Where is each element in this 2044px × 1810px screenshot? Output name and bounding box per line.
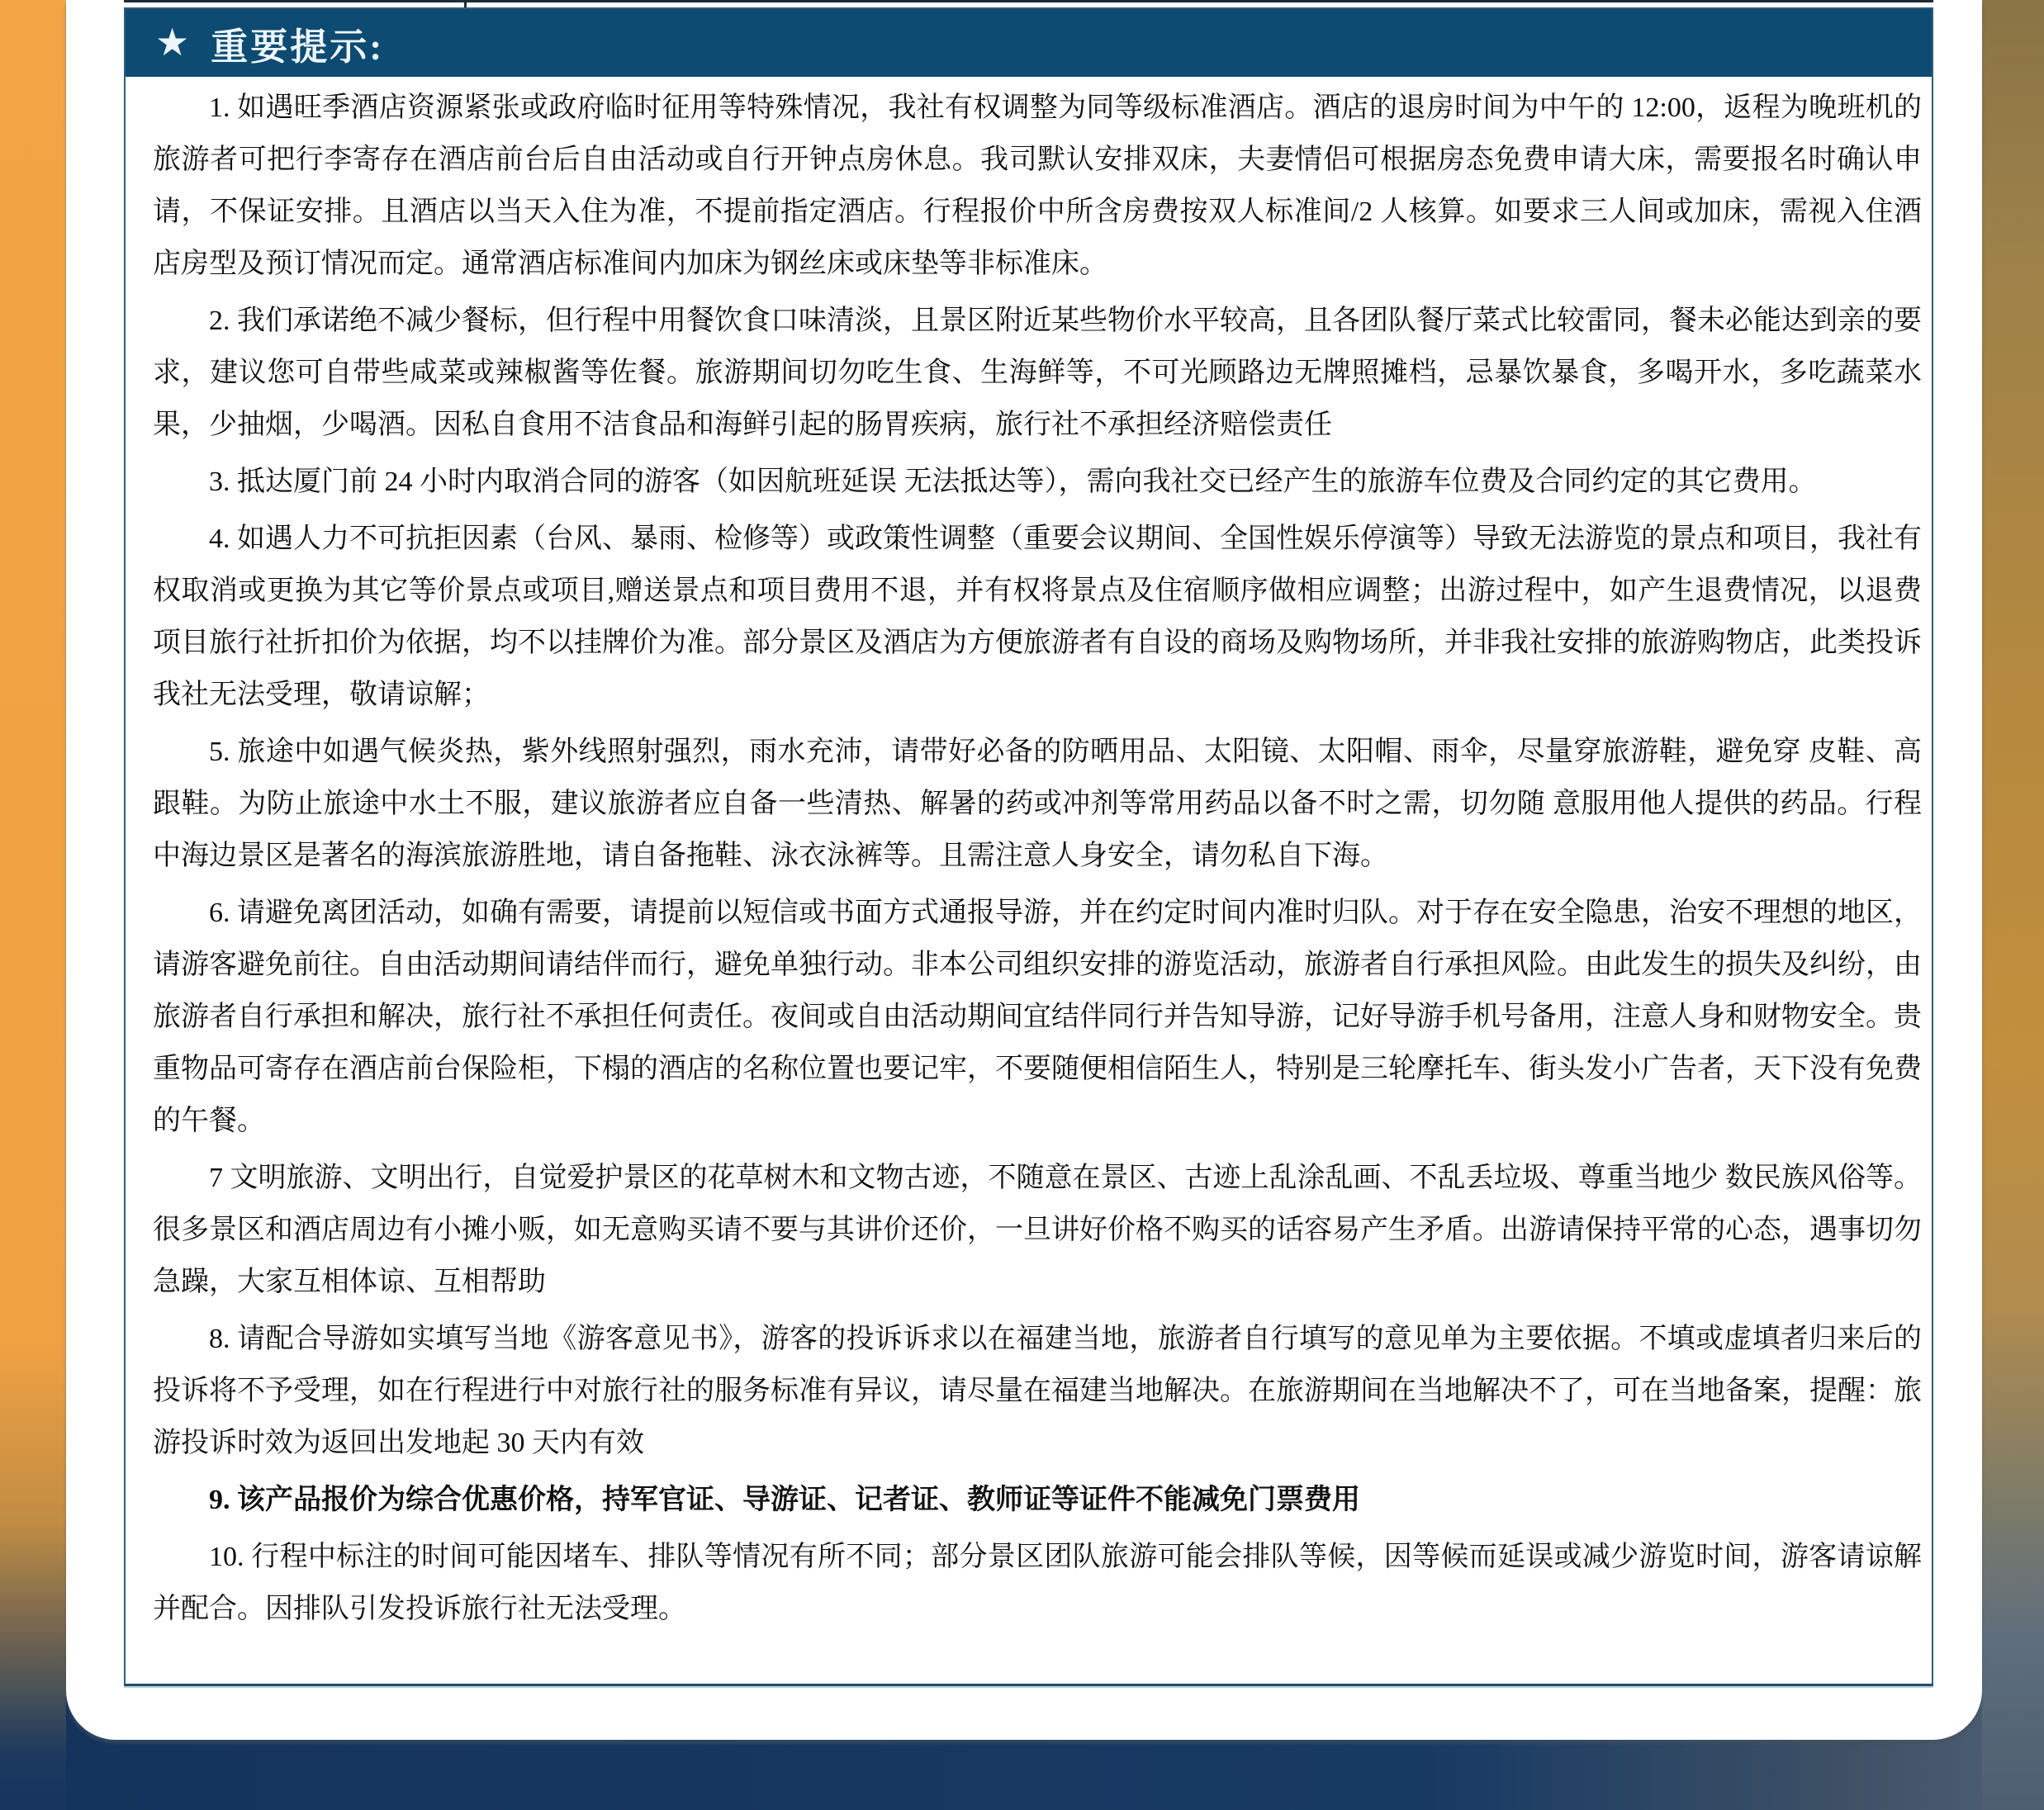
- notice-paragraph: 1. 如遇旺季酒店资源紧张或政府临时征用等特殊情况，我社有权调整为同等级标准酒店…: [153, 82, 1922, 290]
- notice-paragraph: 2. 我们承诺绝不减少餐标，但行程中用餐饮食口味清淡，且景区附近某些物价水平较高…: [153, 295, 1922, 451]
- notice-paragraph: 7 文明旅游、文明出行，自觉爱护景区的花草树木和文物古迹，不随意在景区、古迹上乱…: [153, 1152, 1922, 1308]
- star-icon: ★: [155, 24, 189, 62]
- previous-section-bottom-border: [124, 0, 1933, 2]
- notice-body: 1. 如遇旺季酒店资源紧张或政府临时征用等特殊情况，我社有权调整为同等级标准酒店…: [126, 77, 1932, 1635]
- notice-paragraph-emphasis: 9. 该产品报价为综合优惠价格，持军官证、导游证、记者证、教师证等证件不能减免门…: [153, 1474, 1922, 1526]
- notice-paragraph: 10. 行程中标注的时间可能因堵车、排队等情况有所不同；部分景区团队旅游可能会排…: [153, 1531, 1922, 1635]
- notice-title: 重要提示:: [211, 17, 384, 70]
- document-sheet: ★ 重要提示: 1. 如遇旺季酒店资源紧张或政府临时征用等特殊情况，我社有权调整…: [66, 0, 1982, 1740]
- notice-header: ★ 重要提示:: [126, 9, 1932, 77]
- notice-paragraph: 4. 如遇人力不可抗拒因素（台风、暴雨、检修等）或政策性调整（重要会议期间、全国…: [153, 513, 1922, 721]
- right-gold-strip: [1982, 0, 2044, 1810]
- previous-section-column-divider: [464, 0, 467, 7]
- notice-paragraph: 3. 抵达厦门前 24 小时内取消合同的游客（如因航班延误 无法抵达等），需向我…: [153, 456, 1922, 508]
- notice-paragraph: 6. 请避免离团活动，如确有需要，请提前以短信或书面方式通报导游，并在约定时间内…: [153, 887, 1922, 1147]
- important-notice-box: ★ 重要提示: 1. 如遇旺季酒店资源紧张或政府临时征用等特殊情况，我社有权调整…: [124, 7, 1933, 1686]
- notice-paragraph: 5. 旅途中如遇气候炎热，紫外线照射强烈，雨水充沛，请带好必备的防晒用品、太阳镜…: [153, 726, 1922, 882]
- notice-paragraph: 8. 请配合导游如实填写当地《游客意见书》，游客的投诉诉求以在福建当地，旅游者自…: [153, 1313, 1922, 1469]
- left-orange-strip: [0, 0, 66, 1810]
